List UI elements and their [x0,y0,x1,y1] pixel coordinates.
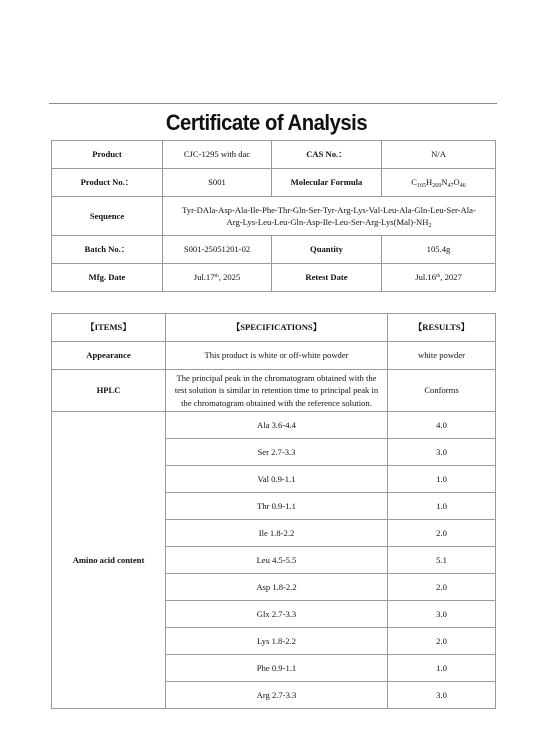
mfg-date-label: Mfg. Date [52,264,163,292]
amino-acid-result: 1.0 [388,655,496,682]
document-title: Certificate of Analysis [21,110,511,136]
formula-count: 269 [432,183,441,189]
amino-acid-spec: Thr 0.9-1.1 [166,493,388,520]
hplc-result: Conforms [388,370,496,412]
cas-value: N/A [382,141,496,169]
retest-date-value: Jul.16th, 2027 [382,264,496,292]
results-header: 【RESULTS】 [388,314,496,342]
amino-acid-result: 2.0 [388,520,496,547]
sequence-row: Sequence Tyr-DAla-Asp-Ala-Ile-Phe-Thr-Gl… [52,197,496,236]
appearance-result: white powder [388,342,496,370]
sequence-line-1: Tyr-DAla-Asp-Ala-Ile-Phe-Thr-Gln-Ser-Tyr… [182,205,476,215]
items-header: 【ITEMS】 [52,314,166,342]
amino-acid-spec: Ile 1.8-2.2 [166,520,388,547]
amino-acid-result: 5.1 [388,547,496,574]
product-value: CJC-1295 with dac [163,141,272,169]
header-divider [49,103,497,104]
amino-acid-result: 1.0 [388,493,496,520]
amino-acid-spec: Arg 2.7-3.3 [166,682,388,709]
amino-acid-result: 3.0 [388,682,496,709]
retest-date-year: , 2027 [440,272,461,282]
amino-acid-spec: Val 0.9-1.1 [166,466,388,493]
amino-acid-result: 3.0 [388,439,496,466]
sequence-value: Tyr-DAla-Asp-Ala-Ile-Phe-Thr-Gln-Ser-Tyr… [163,197,496,236]
quantity-value: 105.4g [382,236,496,264]
retest-date-label: Retest Date [272,264,382,292]
appearance-spec: This product is white or off-white powde… [166,342,388,370]
batch-value: S001-25051201-02 [163,236,272,264]
amino-acid-result: 2.0 [388,628,496,655]
hplc-spec: The principal peak in the chromatogram o… [166,370,388,412]
amino-acid-spec: Glx 2.7-3.3 [166,601,388,628]
appearance-row: Appearance This product is white or off-… [52,342,496,370]
retest-date-day: Jul.16 [415,272,436,282]
analysis-table: 【ITEMS】 【SPECIFICATIONS】 【RESULTS】 Appea… [51,313,496,709]
formula-value: C165H269N47O46 [382,169,496,197]
amino-acid-result: 1.0 [388,466,496,493]
amino-acid-spec: Ala 3.6-4.4 [166,412,388,439]
formula-count: 46 [460,183,466,189]
mfg-date-value: Jul.17th, 2025 [163,264,272,292]
batch-label: Batch No.： [52,236,163,264]
hplc-item: HPLC [52,370,166,412]
amino-acid-result: 3.0 [388,601,496,628]
product-no-value: S001 [163,169,272,197]
amino-acid-result: 2.0 [388,574,496,601]
amino-acid-result: 4.0 [388,412,496,439]
formula-label: Molecular Formula [272,169,382,197]
dates-row: Mfg. Date Jul.17th, 2025 Retest Date Jul… [52,264,496,292]
quantity-label: Quantity [272,236,382,264]
amino-acid-spec: Asp 1.8-2.2 [166,574,388,601]
sequence-subscript: 2 [428,223,431,229]
amino-acid-row: Amino acid contentAla 3.6-4.44.0 [52,412,496,439]
amino-acid-spec: Phe 0.9-1.1 [166,655,388,682]
mfg-date-day: Jul.17 [194,272,215,282]
batch-row: Batch No.： S001-25051201-02 Quantity 105… [52,236,496,264]
product-info-table: Product CJC-1295 with dac CAS No.： N/A P… [51,140,496,292]
specifications-header: 【SPECIFICATIONS】 [166,314,388,342]
amino-acid-spec: Ser 2.7-3.3 [166,439,388,466]
appearance-item: Appearance [52,342,166,370]
hplc-row: HPLC The principal peak in the chromatog… [52,370,496,412]
product-no-label: Product No.： [52,169,163,197]
product-no-row: Product No.： S001 Molecular Formula C165… [52,169,496,197]
product-row: Product CJC-1295 with dac CAS No.： N/A [52,141,496,169]
sequence-label: Sequence [52,197,163,236]
analysis-header-row: 【ITEMS】 【SPECIFICATIONS】 【RESULTS】 [52,314,496,342]
amino-acid-spec: Lys 1.8-2.2 [166,628,388,655]
cas-label: CAS No.： [272,141,382,169]
product-label: Product [52,141,163,169]
mfg-date-year: , 2025 [219,272,240,282]
formula-count: 165 [417,183,426,189]
sequence-line-2: Arg-Lys-Leu-Leu-Gln-Asp-Ile-Leu-Ser-Arg-… [227,217,429,227]
amino-acid-spec: Leu 4.5-5.5 [166,547,388,574]
amino-acid-item: Amino acid content [52,412,166,709]
